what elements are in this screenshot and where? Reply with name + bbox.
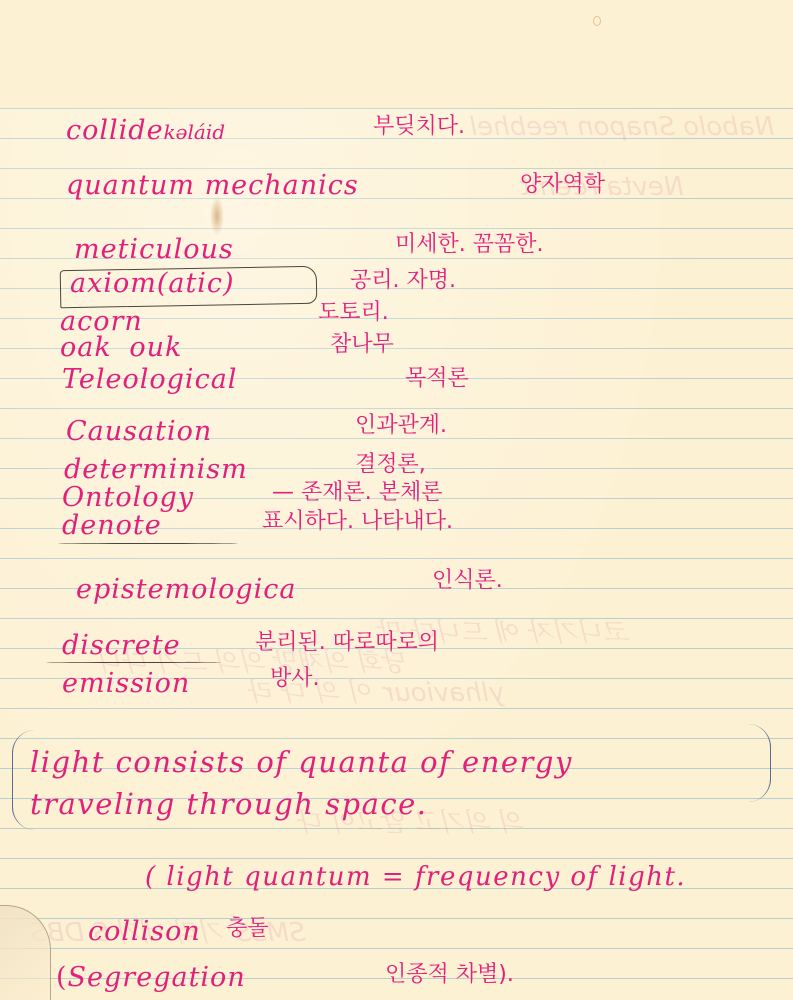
- segregation-bracket: (: [56, 962, 68, 993]
- term-text: collide: [66, 115, 164, 146]
- entry-discrete-meaning: 분리된. 따로따로의: [255, 632, 439, 654]
- entry-ontology-term: Ontology: [62, 484, 194, 511]
- entry-discrete-term: discrete: [62, 632, 181, 659]
- entry-segregation-meaning: 인종적 차별).: [385, 964, 514, 986]
- entry-oak-meaning: 참나무: [330, 334, 394, 356]
- entry-acorn-meaning: 도토리.: [318, 302, 389, 324]
- entry-axiom-meaning: 공리. 자명.: [350, 270, 456, 292]
- entry-oak-term: oak ouk: [60, 334, 182, 361]
- note-sentence-line2: traveling through space.: [30, 790, 428, 819]
- note-sentence-line1: light consists of quanta of energy: [30, 748, 573, 777]
- entry-denote-term: denote: [62, 512, 162, 539]
- entry-ontology-meaning: — 존재론. 본체론: [272, 482, 443, 504]
- pronunciation-text: kəláid: [164, 120, 225, 144]
- entry-axiom-term: axiom(atic): [70, 270, 235, 297]
- entry-quantum-mechanics-term: quantum mechanics: [66, 172, 359, 199]
- paper-stain: [210, 196, 224, 236]
- entry-epistemology-meaning: 인식론.: [432, 570, 503, 592]
- entry-causation-meaning: 인과관계.: [355, 415, 447, 437]
- pronunciation-text: ouk: [129, 332, 182, 363]
- note-sentence-line3: ( light quantum = frequency of light.: [145, 864, 686, 890]
- entry-causation-term: Causation: [66, 418, 212, 445]
- entry-meticulous-term: meticulous: [74, 236, 234, 263]
- entry-determinism-term: determinism: [64, 456, 248, 483]
- entry-meticulous-meaning: 미세한. 꼼꼼한.: [395, 234, 544, 256]
- entry-collide-meaning: 부딪치다.: [373, 116, 465, 138]
- entry-emission-meaning: 방사.: [270, 668, 320, 690]
- entry-epistemology-term: epistemologica: [76, 576, 296, 603]
- entry-collision-meaning: 충돌: [226, 918, 269, 940]
- pencil-underline-discrete: [46, 662, 221, 663]
- entry-acorn-term: acorn: [60, 308, 143, 335]
- entry-denote-meaning: 표시하다. 나타내다.: [262, 511, 453, 533]
- paper-spot: [593, 16, 601, 26]
- entry-teleological-term: Teleological: [62, 366, 237, 393]
- entry-segregation-term: (Segregation: [56, 964, 246, 991]
- term-text: Segregation: [68, 962, 246, 993]
- entry-collision-term: collison: [88, 918, 201, 945]
- bleed-through-text: Nabolo Snapon reebhel: [470, 112, 774, 142]
- entry-collide-term: collidekəláid: [66, 117, 225, 144]
- pencil-bracket-right: [748, 724, 771, 802]
- entry-teleological-meaning: 목적론: [405, 368, 469, 390]
- term-text: oak: [60, 332, 112, 363]
- pencil-underline-denote: [58, 543, 238, 544]
- entry-determinism-meaning: 결정론,: [355, 454, 426, 476]
- entry-emission-term: emission: [62, 670, 190, 697]
- entry-quantum-mechanics-meaning: 양자역학: [520, 174, 605, 196]
